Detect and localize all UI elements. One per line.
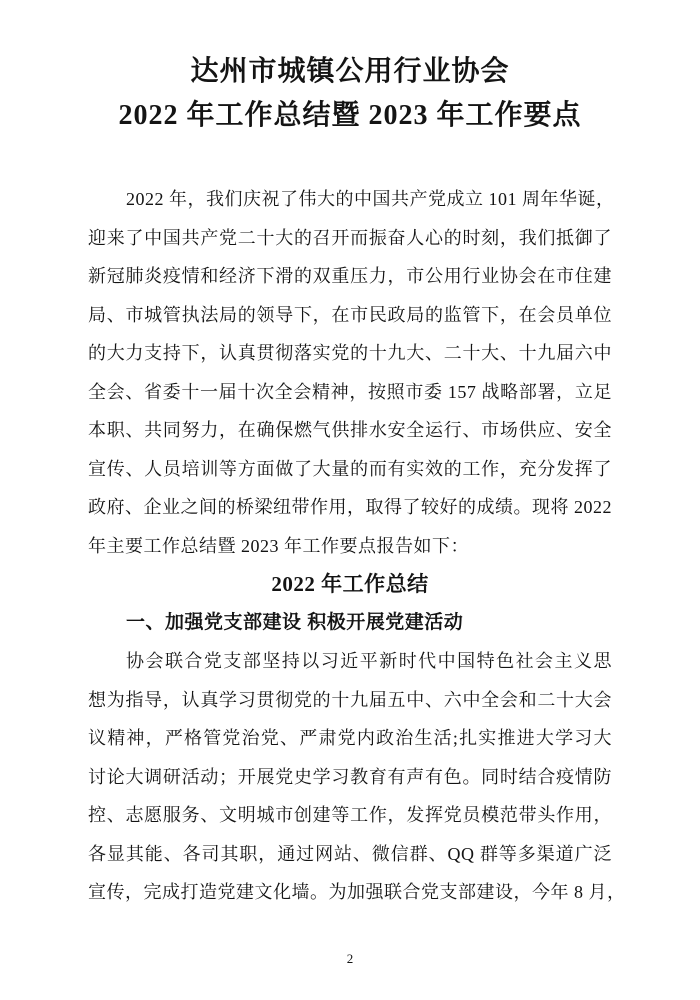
page-footer: 2 bbox=[0, 950, 700, 968]
body-line: 讨论大调研活动；开展党史学习教育有声有色。同时结合疫情防 bbox=[88, 758, 612, 797]
body-line: 宣传、人员培训等方面做了大量的而有实效的工作，充分发挥了 bbox=[88, 450, 612, 489]
body-line: 本职、共同努力，在确保燃气供排水安全运行、市场供应、安全 bbox=[88, 411, 612, 450]
body-line: 政府、企业之间的桥梁纽带作用，取得了较好的成绩。现将 2022 bbox=[88, 488, 612, 527]
body-line: 全会、省委十一届十次全会精神，按照市委 157 战略部署，立足 bbox=[88, 373, 612, 412]
body-line: 想为指导，认真学习贯彻党的十九届五中、六中全会和二十大会 bbox=[88, 681, 612, 720]
document-title: 达州市城镇公用行业协会 2022 年工作总结暨 2023 年工作要点 bbox=[88, 50, 612, 138]
body-line: 议精神，严格管党治党、严肃党内政治生活;扎实推进大学习大 bbox=[88, 719, 612, 758]
body-line: 各显其能、各司其职，通过网站、微信群、QQ 群等多渠道广泛 bbox=[88, 835, 612, 874]
document-page: 达州市城镇公用行业协会 2022 年工作总结暨 2023 年工作要点 2022 … bbox=[0, 0, 700, 1000]
page-number: 2 bbox=[347, 951, 354, 966]
body-line: 的大力支持下，认真贯彻落实党的十九大、二十大、十九届六中 bbox=[88, 334, 612, 373]
body-line: 迎来了中国共产党二十大的召开而振奋人心的时刻，我们抵御了 bbox=[88, 219, 612, 258]
body-line: 控、志愿服务、文明城市创建等工作，发挥党员模范带头作用， bbox=[88, 796, 612, 835]
body-line: 年主要工作总结暨 2023 年工作要点报告如下： bbox=[88, 527, 612, 566]
subsection-heading-party-building: 一、加强党支部建设 积极开展党建活动 bbox=[88, 604, 612, 643]
body-line: 宣传，完成打造党建文化墙。为加强联合党支部建设，今年 8 月， bbox=[88, 873, 612, 912]
body-line: 局、市城管执法局的领导下，在市民政局的监管下，在会员单位 bbox=[88, 296, 612, 335]
body-line: 新冠肺炎疫情和经济下滑的双重压力，市公用行业协会在市住建 bbox=[88, 257, 612, 296]
document-title-line1: 达州市城镇公用行业协会 bbox=[88, 50, 612, 94]
paragraph-intro: 2022 年，我们庆祝了伟大的中国共产党成立 101 周年华诞， 迎来了中国共产… bbox=[88, 180, 612, 565]
document-title-line2: 2022 年工作总结暨 2023 年工作要点 bbox=[88, 94, 612, 138]
section-heading-2022-summary: 2022 年工作总结 bbox=[88, 565, 612, 604]
body-line: 2022 年，我们庆祝了伟大的中国共产党成立 101 周年华诞， bbox=[88, 180, 612, 219]
paragraph-party-building: 协会联合党支部坚持以习近平新时代中国特色社会主义思 想为指导，认真学习贯彻党的十… bbox=[88, 642, 612, 912]
body-line: 协会联合党支部坚持以习近平新时代中国特色社会主义思 bbox=[88, 642, 612, 681]
